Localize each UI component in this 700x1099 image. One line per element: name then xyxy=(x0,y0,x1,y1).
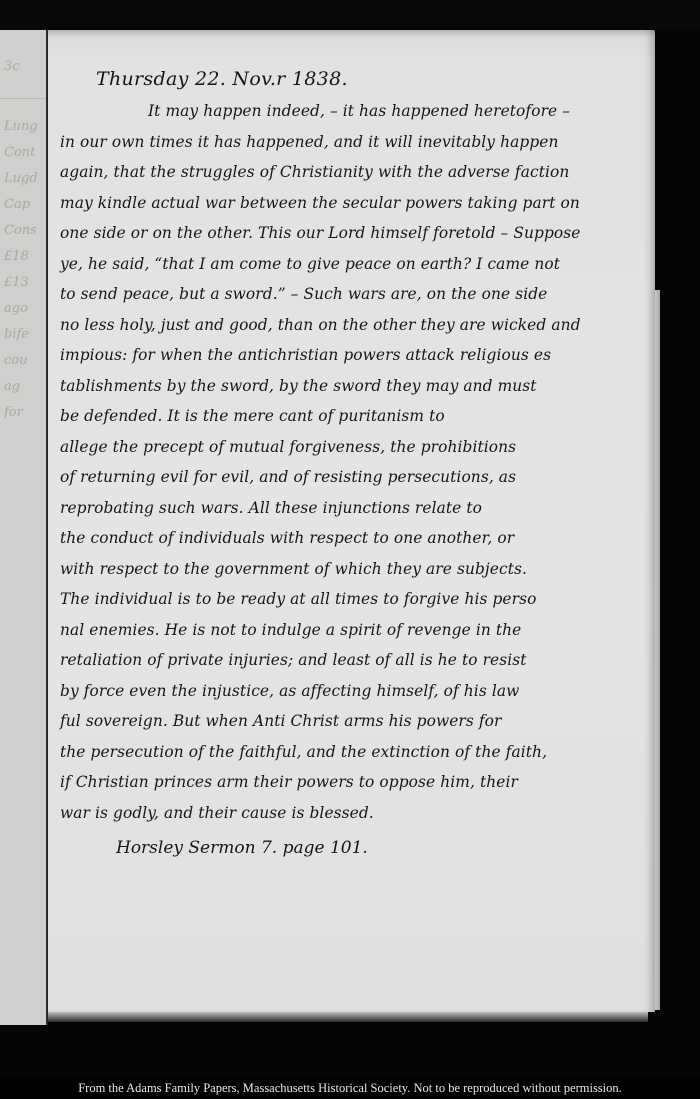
scan-top-border xyxy=(0,0,700,30)
facing-page-ghost-text: for xyxy=(4,402,44,424)
manuscript-line: ye, he said, “that I am come to give pea… xyxy=(60,249,650,280)
manuscript-line: of returning evil for evil, and of resis… xyxy=(60,462,650,493)
manuscript-line: no less holy, just and good, than on the… xyxy=(60,310,650,341)
page-bottom-shadow xyxy=(48,1012,648,1022)
manuscript-line: the conduct of individuals with respect … xyxy=(60,523,650,554)
facing-page-ghost-text: ag xyxy=(4,376,44,398)
source-citation: Horsley Sermon 7. page 101. xyxy=(60,828,650,868)
manuscript-line: in our own times it has happened, and it… xyxy=(60,127,650,158)
facing-page-ghost-text: Lung xyxy=(4,116,44,138)
facing-page-ghost-text: 3c xyxy=(4,56,44,78)
manuscript-line: It may happen indeed, – it has happened … xyxy=(60,96,650,127)
manuscript-line: ful sovereign. But when Anti Christ arms… xyxy=(60,706,650,737)
manuscript-line: The individual is to be ready at all tim… xyxy=(60,584,650,615)
manuscript-line: reprobating such wars. All these injunct… xyxy=(60,493,650,524)
manuscript-line: may kindle actual war between the secula… xyxy=(60,188,650,219)
facing-page-ghost-text: ago xyxy=(4,298,44,320)
manuscript-page: Thursday 22. Nov.r 1838. It may happen i… xyxy=(48,30,655,1012)
manuscript-line: nal enemies. He is not to indulge a spir… xyxy=(60,615,650,646)
manuscript-line: tablishments by the sword, by the sword … xyxy=(60,371,650,402)
facing-page-rule xyxy=(0,98,46,99)
facing-page-ghost-text: Cap xyxy=(4,194,44,216)
manuscript-line: one side or on the other. This our Lord … xyxy=(60,218,650,249)
manuscript-line: by force even the injustice, as affectin… xyxy=(60,676,650,707)
manuscript-line: allege the precept of mutual forgiveness… xyxy=(60,432,650,463)
manuscript-line: to send peace, but a sword.” – Such wars… xyxy=(60,279,650,310)
facing-page-ghost-text: £18 xyxy=(4,246,44,268)
manuscript-line: the persecution of the faithful, and the… xyxy=(60,737,650,768)
manuscript-line: if Christian princes arm their powers to… xyxy=(60,767,650,798)
facing-page-ghost-text: £13 xyxy=(4,272,44,294)
copyright-footer: From the Adams Family Papers, Massachuse… xyxy=(0,1077,700,1099)
facing-page-ghost-text: bife xyxy=(4,324,44,346)
facing-page-ghost-text: cou xyxy=(4,350,44,372)
facing-page-ghost-text: Lugd xyxy=(4,168,44,190)
facing-page-ghost-text: Cons xyxy=(4,220,44,242)
diary-entry: Thursday 22. Nov.r 1838. It may happen i… xyxy=(60,62,650,868)
manuscript-line: impious: for when the antichristian powe… xyxy=(60,340,650,371)
facing-page-edge: 3c Lung Cont Lugd Cap Cons £18 £13 ago b… xyxy=(0,30,48,1025)
entry-date-heading: Thursday 22. Nov.r 1838. xyxy=(96,62,650,96)
manuscript-line: war is godly, and their cause is blessed… xyxy=(60,798,650,829)
scan-right-border xyxy=(660,30,700,1030)
manuscript-line: with respect to the government of which … xyxy=(60,554,650,585)
manuscript-line: again, that the struggles of Christianit… xyxy=(60,157,650,188)
manuscript-line: retaliation of private injuries; and lea… xyxy=(60,645,650,676)
manuscript-line: be defended. It is the mere cant of puri… xyxy=(60,401,650,432)
facing-page-ghost-text: Cont xyxy=(4,142,44,164)
